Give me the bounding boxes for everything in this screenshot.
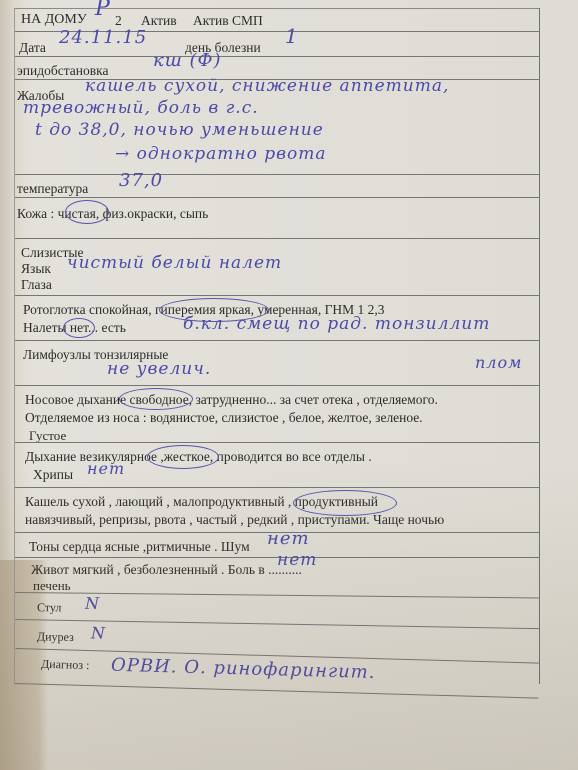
skin-label: Кожа : чистая, физ.окраски, сыпь bbox=[17, 206, 208, 222]
lymph-row: Лимфоузлы тонзилярные не увелич. плом bbox=[15, 340, 539, 385]
lymph-value: не увелич. bbox=[107, 361, 211, 377]
nose-line-1: Носовое дыхание свободное, затрудненно..… bbox=[25, 392, 438, 408]
sick-day-value: 1 bbox=[285, 28, 299, 44]
skin-circle-mark bbox=[65, 200, 109, 224]
date-value: 24.11.15 bbox=[59, 30, 147, 46]
breathing-row: Дыхание везикулярное ,жесткое, проводитс… bbox=[15, 442, 539, 487]
handwritten-mark: Р bbox=[95, 1, 111, 17]
active-smp-label: Актив СМП bbox=[193, 13, 263, 29]
plaque-circle-mark bbox=[63, 318, 95, 338]
stool-value: N bbox=[85, 596, 100, 612]
tongue-label: Язык bbox=[21, 261, 51, 277]
nose-circle-mark bbox=[119, 388, 193, 410]
plaque-value: б.кл. смещ по рад. тонзиллит bbox=[183, 316, 490, 332]
cough-row: Кашель сухой , лающий , малопродуктивный… bbox=[15, 487, 539, 532]
lymph-side-note: плом bbox=[475, 355, 522, 371]
complaint-line-4: → однократно рвота bbox=[115, 146, 326, 162]
throat-row: Ротоглотка спокойная, гиперемия яркая, у… bbox=[15, 295, 539, 340]
nose-line-2: Отделяемое из носа : водянистое, слизист… bbox=[25, 410, 423, 426]
diagnosis-value: ОРВИ. О. ринофарингит. bbox=[111, 658, 376, 681]
diuresis-value: N bbox=[91, 625, 106, 641]
medical-form: НА ДОМУ Р 2 Актив Актив СМП Дата 24.11.1… bbox=[14, 8, 540, 684]
temperature-row: температура 37,0 bbox=[15, 174, 539, 197]
abdomen-label: Живот мягкий , безболезненный . Боль в .… bbox=[31, 562, 302, 578]
temperature-label: температура bbox=[17, 181, 88, 197]
skin-row: Кожа : чистая, физ.окраски, сыпь bbox=[15, 197, 539, 238]
wheeze-label: Хрипы bbox=[33, 467, 73, 483]
date-row: Дата 24.11.15 день болезни 1 bbox=[15, 31, 539, 56]
abdomen-value: нет bbox=[277, 552, 317, 568]
heart-value: нет bbox=[267, 531, 310, 547]
heart-label: Тоны сердца ясные ,ритмичные . Шум bbox=[29, 539, 250, 555]
eyes-label: Глаза bbox=[21, 277, 52, 293]
tongue-value: чистый белый налет bbox=[67, 255, 282, 271]
abdomen-row: Живот мягкий , безболезненный . Боль в .… bbox=[15, 557, 539, 592]
epid-value: кш (Ф) bbox=[153, 53, 222, 69]
wheeze-value: нет bbox=[87, 461, 125, 477]
at-home-label: НА ДОМУ bbox=[21, 12, 87, 28]
complaints-row: Жалобы кашель сухой, снижение аппетита, … bbox=[15, 79, 539, 174]
cough-line-2: навязчивый, репризы, рвота , частый , ре… bbox=[25, 512, 444, 528]
diagnosis-label: Диагноз : bbox=[41, 656, 90, 673]
complaint-line-1: кашель сухой, снижение аппетита, bbox=[85, 78, 449, 94]
mucous-row: Слизистые Язык Глаза чистый белый налет bbox=[15, 238, 539, 295]
nose-row: Носовое дыхание свободное, затрудненно..… bbox=[15, 385, 539, 442]
complaint-line-2: тревожный, боль в г.с. bbox=[23, 100, 259, 116]
complaint-line-3: t до 38,0, ночью уменьшение bbox=[35, 122, 324, 138]
date-label: Дата bbox=[19, 40, 46, 56]
stool-label: Стул bbox=[37, 599, 62, 615]
temperature-value: 37,0 bbox=[119, 173, 163, 189]
breathing-circle-mark bbox=[147, 445, 219, 469]
diuresis-label: Диурез bbox=[37, 628, 74, 645]
